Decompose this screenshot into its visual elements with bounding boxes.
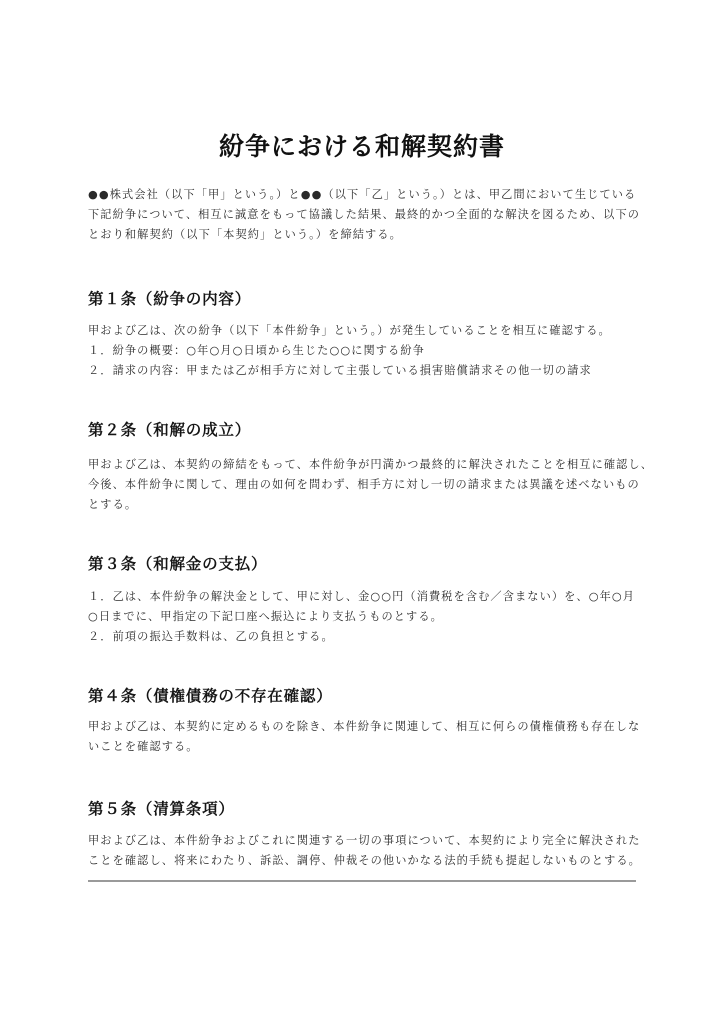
article-1-heading: 第１条（紛争の内容）	[88, 287, 251, 309]
preamble: ●●株式会社（以下「甲」という。）と●●（以下「乙」という。）とは、甲乙間におい…	[88, 185, 648, 245]
article-line: ２．請求の内容：甲または乙が相手方に対して主張している損害賠償請求その他一切の請…	[88, 361, 648, 381]
article-2-body: 甲および乙は、本契約の締結をもって、本件紛争が円満かつ最終的に解決されたことを相…	[88, 455, 648, 515]
article-5-body: 甲および乙は、本件紛争およびこれに関連する一切の事項について、本契約により完全に…	[88, 831, 648, 871]
article-line: とする。	[88, 495, 648, 515]
article-4-body: 甲および乙は、本契約に定めるものを除き、本件紛争に関連して、相互に何らの債権債務…	[88, 717, 648, 757]
article-3-body: １．乙は、本件紛争の解決金として、甲に対し、金○○円（消費税を含む／含まない）を…	[88, 587, 648, 647]
article-line: 甲および乙は、本件紛争およびこれに関連する一切の事項について、本契約により完全に…	[88, 831, 648, 851]
article-3-heading: 第３条（和解金の支払）	[88, 552, 267, 574]
article-line: ２．前項の振込手数料は、乙の負担とする。	[88, 627, 648, 647]
page-title: 紛争における和解契約書	[0, 127, 724, 163]
article-4-heading: 第４条（債権債務の不存在確認）	[88, 684, 333, 706]
preamble-line: ●●株式会社（以下「甲」という。）と●●（以下「乙」という。）とは、甲乙間におい…	[88, 185, 648, 205]
horizontal-divider	[88, 880, 636, 882]
article-2-heading: 第２条（和解の成立）	[88, 418, 251, 440]
article-line: 甲および乙は、本契約の締結をもって、本件紛争が円満かつ最終的に解決されたことを相…	[88, 455, 648, 475]
article-line: １．紛争の概要：○年○月○日頃から生じた○○に関する紛争	[88, 341, 648, 361]
article-line: 甲および乙は、本契約に定めるものを除き、本件紛争に関連して、相互に何らの債権債務…	[88, 717, 648, 737]
article-line: いことを確認する。	[88, 737, 648, 757]
article-5-heading: 第５条（清算条項）	[88, 797, 235, 819]
article-line: 甲および乙は、次の紛争（以下「本件紛争」という。）が発生していることを相互に確認…	[88, 321, 648, 341]
article-line: １．乙は、本件紛争の解決金として、甲に対し、金○○円（消費税を含む／含まない）を…	[88, 587, 648, 607]
article-line: ことを確認し、将来にわたり、訴訟、調停、仲裁その他いかなる法的手続も提起しないも…	[88, 851, 648, 871]
article-line: ○日までに、甲指定の下記口座へ振込により支払うものとする。	[88, 607, 648, 627]
article-line: 今後、本件紛争に関して、理由の如何を問わず、相手方に対し一切の請求または異議を述…	[88, 475, 648, 495]
preamble-line: 下記紛争について、相互に誠意をもって協議した結果、最終的かつ全面的な解決を図るた…	[88, 205, 648, 225]
preamble-line: とおり和解契約（以下「本契約」という。）を締結する。	[88, 225, 648, 245]
article-1-body: 甲および乙は、次の紛争（以下「本件紛争」という。）が発生していることを相互に確認…	[88, 321, 648, 381]
